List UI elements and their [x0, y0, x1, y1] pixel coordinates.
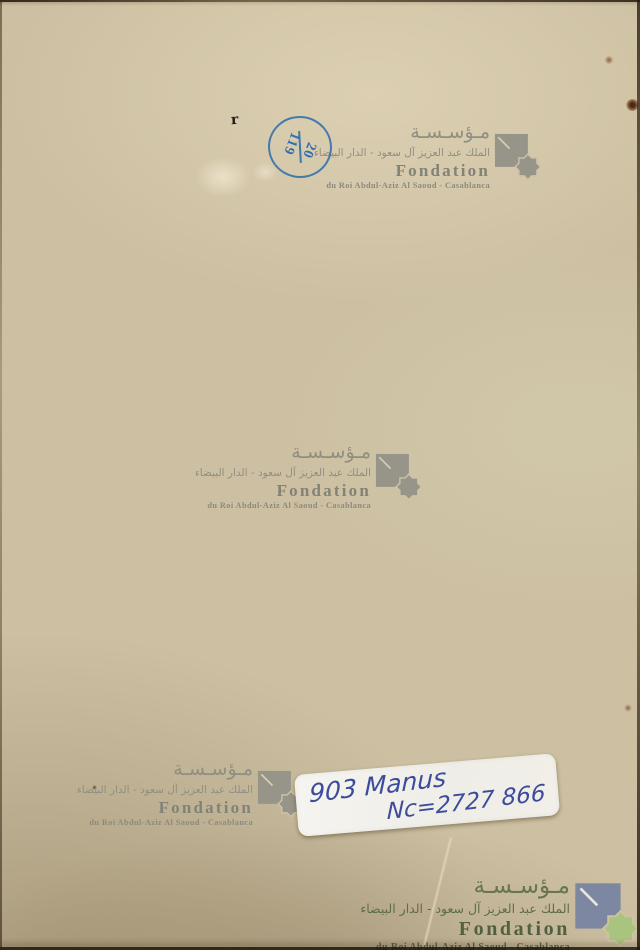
watermark-arabic-subtitle: الملك عبد العزيز آل سعود - الدار البيضاء [360, 900, 570, 918]
foundation-watermark-middle: مـؤسـسـة الملك عبد العزيز آل سعود - الدا… [195, 439, 423, 512]
stamp-number: 20 119 [279, 126, 320, 167]
watermark-arabic-subtitle: الملك عبد العزيز آل سعود - الدار البيضاء [195, 465, 371, 481]
paper-stain [624, 704, 632, 712]
watermark-arabic-name: مـؤسـسـة [173, 756, 253, 782]
ink-mark: r [230, 112, 238, 128]
watermark-arabic-name: مـؤسـسـة [473, 872, 570, 900]
watermark-text: مـؤسـسـة الملك عبد العزيز آل سعود - الدا… [360, 872, 570, 950]
foundation-watermark-top-right: مـؤسـسـة الملك عبد العزيز آل سعود - الدا… [314, 119, 542, 192]
paper-stain [604, 56, 614, 64]
watermark-latin-name: Fondation [396, 161, 490, 180]
watermark-latin-name: Fondation [277, 481, 371, 500]
watermark-latin-subtitle: du Roi Abdul-Aziz Al Saoud - Casablanca [89, 817, 253, 829]
watermark-latin-subtitle: du Roi Abdul-Aziz Al Saoud - Casablanca [376, 941, 570, 950]
foundation-logo-icon [494, 133, 542, 181]
scanned-page: r 20 119 مـؤسـسـة الملك عبد العزيز آل سع… [0, 0, 640, 950]
watermark-arabic-subtitle: الملك عبد العزيز آل سعود - الدار البيضاء [77, 782, 253, 798]
scan-edge-top [0, 0, 640, 2]
foundation-logo-icon [375, 453, 423, 501]
watermark-arabic-name: مـؤسـسـة [291, 439, 371, 465]
paper-stain [626, 99, 639, 111]
watermark-arabic-name: مـؤسـسـة [410, 119, 490, 145]
watermark-text: مـؤسـسـة الملك عبد العزيز آل سعود - الدا… [195, 439, 371, 512]
watermark-latin-name: Fondation [159, 798, 253, 817]
watermark-latin-subtitle: du Roi Abdul-Aziz Al Saoud - Casablanca [326, 180, 490, 192]
stamp-numerator: 20 [300, 141, 318, 161]
scan-edge-left [0, 0, 2, 950]
watermark-latin-subtitle: du Roi Abdul-Aziz Al Saoud - Casablanca [207, 500, 371, 512]
watermark-text: مـؤسـسـة الملك عبد العزيز آل سعود - الدا… [314, 119, 490, 192]
foundation-logo-icon [574, 882, 640, 948]
watermark-text: مـؤسـسـة الملك عبد العزيز آل سعود - الدا… [77, 756, 253, 829]
watermark-latin-name: Fondation [459, 918, 570, 941]
shelfmark-sticker: 903 Manus Nc=2727 866 [294, 753, 560, 837]
paper-light-patch [194, 156, 252, 198]
foundation-watermark-bottom-left: مـؤسـسـة الملك عبد العزيز آل سعود - الدا… [77, 756, 305, 829]
foundation-watermark-bottom-right: مـؤسـسـة الملك عبد العزيز آل سعود - الدا… [360, 872, 640, 950]
watermark-arabic-subtitle: الملك عبد العزيز آل سعود - الدار البيضاء [314, 145, 490, 161]
